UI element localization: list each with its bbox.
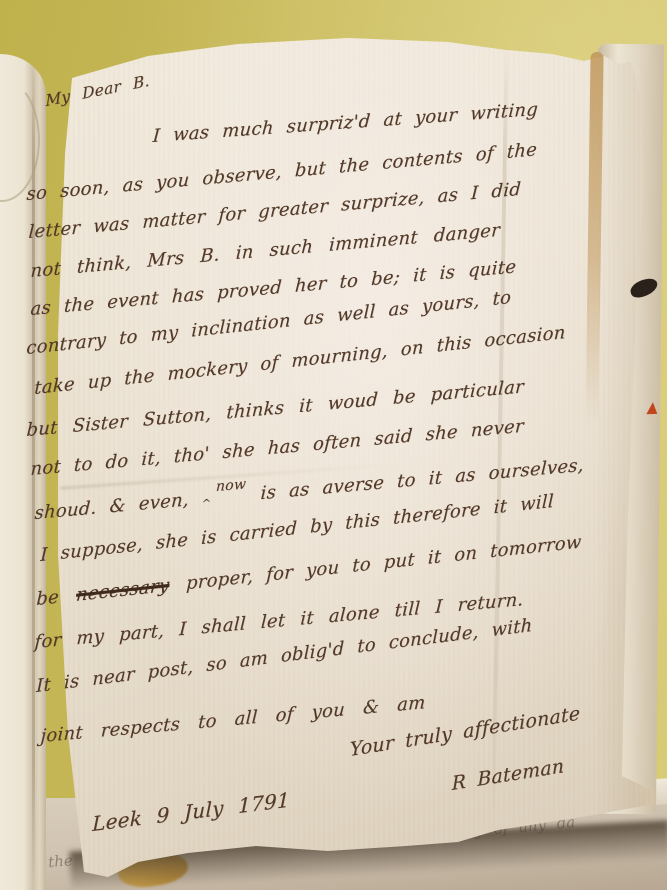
struck-word: necessary <box>75 575 170 606</box>
line-text: be <box>36 586 59 610</box>
photograph-of-handwritten-letter: the times cant say of any da My Dear B. … <box>0 0 667 890</box>
inserted-word: now <box>216 476 247 495</box>
line-text: shoud. & even, <box>34 489 189 524</box>
handwritten-text: My Dear B. I was much surpriz'd at your … <box>0 0 667 890</box>
letter-line: I was much surpriz'd at your writing <box>152 99 539 147</box>
dateline: Leek 9 July 1791 <box>92 787 290 836</box>
signature: R Bateman <box>452 755 565 795</box>
salutation: My Dear B. <box>45 72 150 110</box>
insertion-caret: ^ <box>201 496 211 510</box>
